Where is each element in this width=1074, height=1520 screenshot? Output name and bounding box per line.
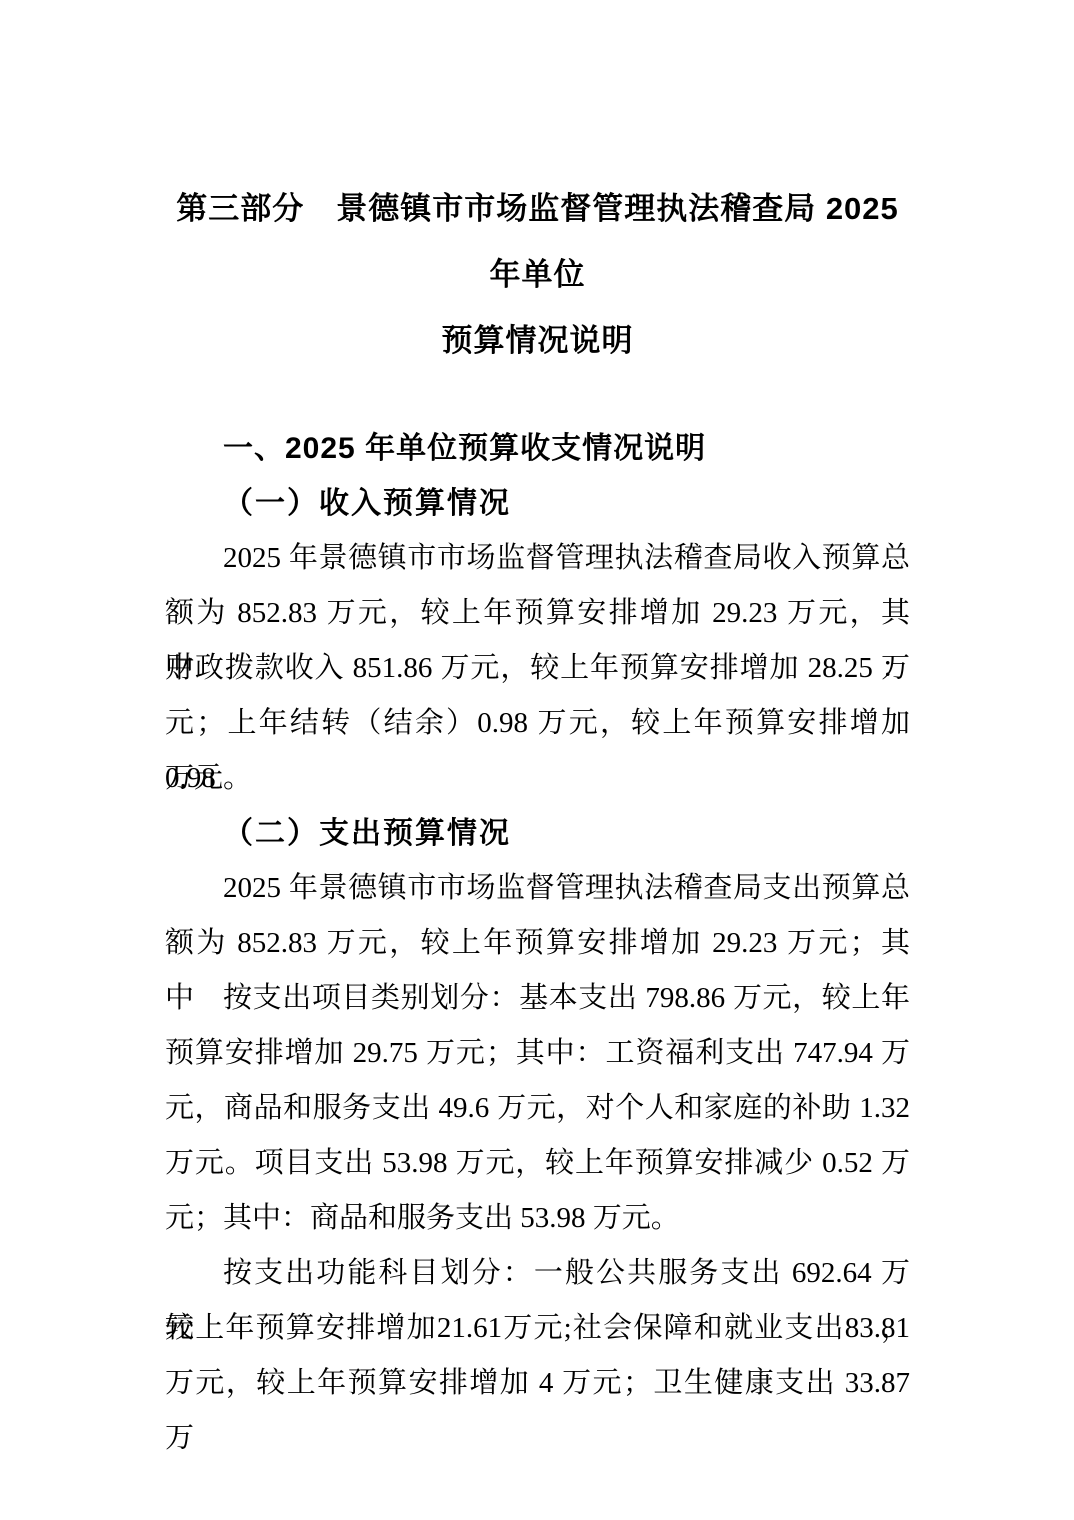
paragraph-line: 财政拨款收入 851.86 万元，较上年预算安排增加 28.25 万 (165, 641, 910, 696)
income-paragraph: 2025 年景德镇市市场监督管理执法稽查局收入预算总 额为 852.83 万元，… (165, 531, 910, 806)
expense-by-type-paragraph: 按支出项目类别划分：基本支出 798.86 万元，较上年 预算安排增加 29.7… (165, 971, 910, 1246)
title-line-2: 预算情况说明 (165, 308, 910, 374)
paragraph-line: 按支出项目类别划分：基本支出 798.86 万元，较上年 (165, 971, 910, 1026)
paragraph-line: 元；其中：商品和服务支出 53.98 万元。 (165, 1191, 910, 1246)
document-page: 第三部分 景德镇市市场监督管理执法稽查局 2025 年单位 预算情况说明 一、2… (0, 0, 1074, 1520)
income-subheading: （一）收入预算情况 (165, 476, 910, 531)
paragraph-line: 万元。 (165, 751, 910, 806)
paragraph-line: 额为 852.83 万元，较上年预算安排增加 29.23 万元；其中： (165, 916, 910, 971)
paragraph-line: 元，商品和服务支出 49.6 万元，对个人和家庭的补助 1.32 (165, 1081, 910, 1136)
paragraph-line: 预算安排增加 29.75 万元；其中：工资福利支出 747.94 万 (165, 1026, 910, 1081)
expense-total-paragraph: 2025 年景德镇市市场监督管理执法稽查局支出预算总 额为 852.83 万元，… (165, 861, 910, 971)
document-title: 第三部分 景德镇市市场监督管理执法稽查局 2025 年单位 预算情况说明 (165, 176, 910, 374)
paragraph-line: 万元，较上年预算安排增加 4 万元；卫生健康支出 33.87 万 (165, 1356, 910, 1411)
expense-subheading: （二）支出预算情况 (165, 806, 910, 861)
paragraph-line: 2025 年景德镇市市场监督管理执法稽查局收入预算总 (165, 531, 910, 586)
expense-by-function-paragraph: 按支出功能科目划分：一般公共服务支出 692.64 万元， 较上年预算安排增加2… (165, 1246, 910, 1411)
title-line-1: 第三部分 景德镇市市场监督管理执法稽查局 2025 年单位 (165, 176, 910, 308)
paragraph-line: 2025 年景德镇市市场监督管理执法稽查局支出预算总 (165, 861, 910, 916)
paragraph-line: 元；上年结转（结余）0.98 万元，较上年预算安排增加 0.98 (165, 696, 910, 751)
paragraph-line: 万元。项目支出 53.98 万元，较上年预算安排减少 0.52 万 (165, 1136, 910, 1191)
paragraph-line: 按支出功能科目划分：一般公共服务支出 692.64 万元， (165, 1246, 910, 1301)
section-heading: 一、2025 年单位预算收支情况说明 (165, 421, 910, 476)
paragraph-line: 额为 852.83 万元，较上年预算安排增加 29.23 万元，其中： (165, 586, 910, 641)
paragraph-line: 较上年预算安排增加21.61万元;社会保障和就业支出83.81 (165, 1301, 910, 1356)
